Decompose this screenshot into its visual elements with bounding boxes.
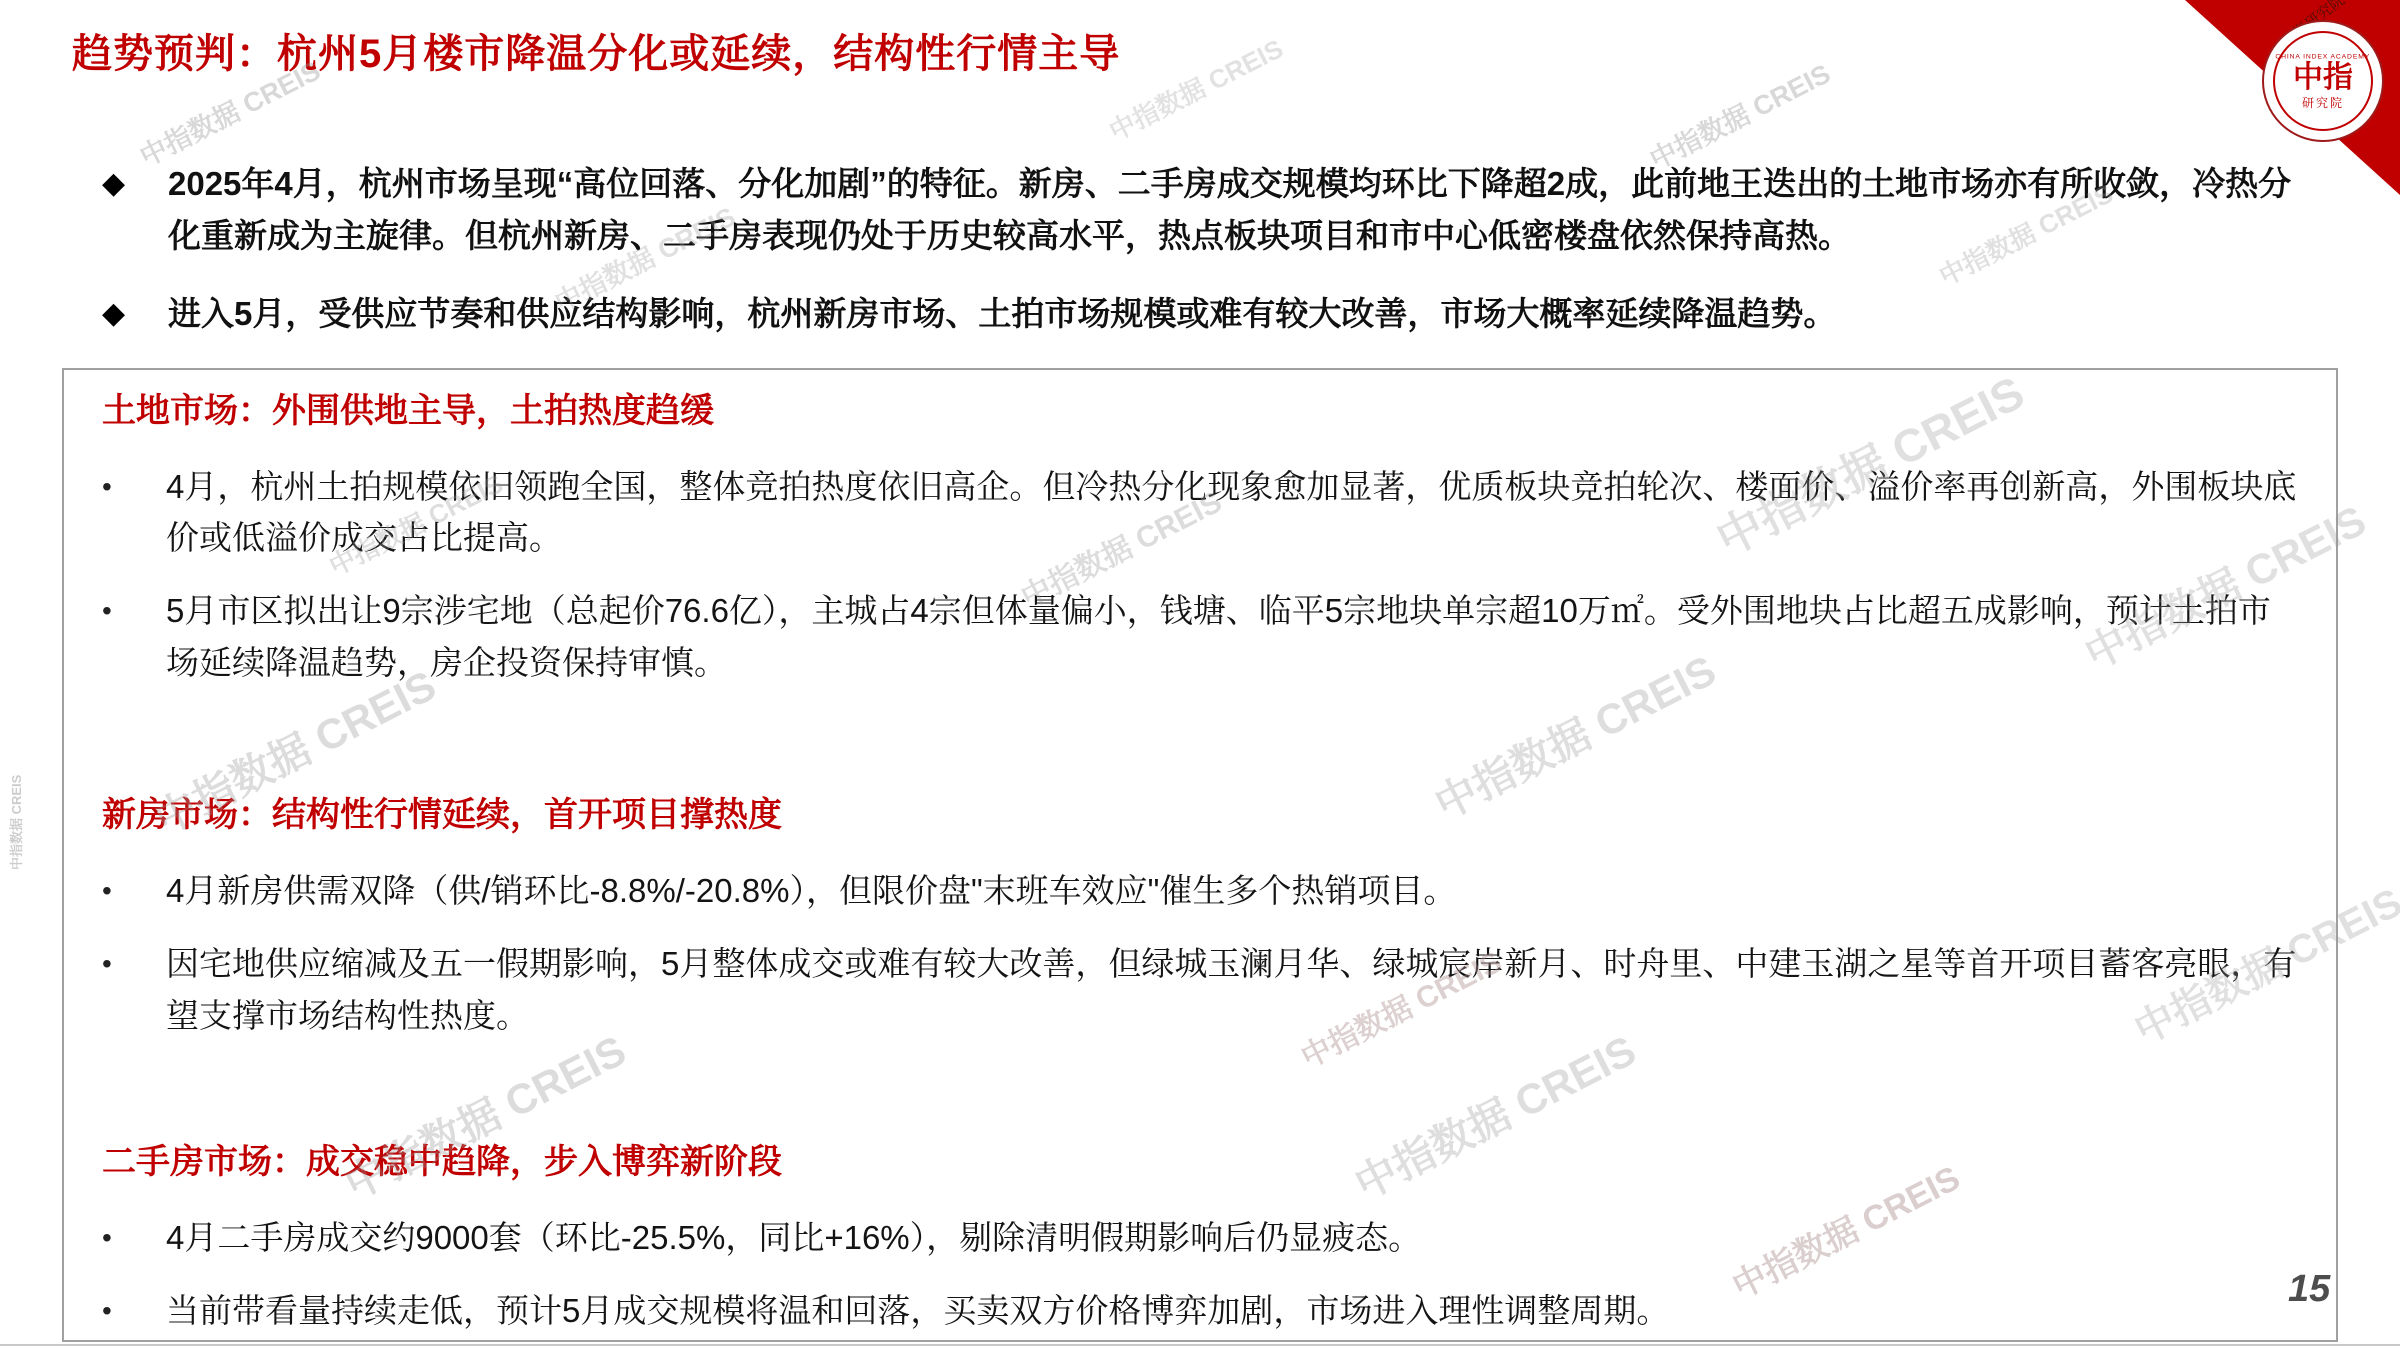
dot-bullet-icon: • <box>102 1212 166 1264</box>
list-item: • 5月市区拟出让9宗涉宅地（总起价76.6亿），主城占4宗但体量偏小，钱塘、临… <box>102 585 2298 688</box>
footer-divider <box>0 1344 2400 1346</box>
section-heading-secondhand-market: 二手房市场：成交稳中趋降，步入博弈新阶段 <box>102 1141 2298 1184</box>
list-item-text: 4月二手房成交约9000套（环比-25.5%，同比+16%），剔除清明假期影响后… <box>166 1212 2298 1264</box>
china-index-academy-logo: CHINA INDEX ACADEMY 中指 研究院 <box>2262 20 2384 142</box>
list-item: • 因宅地供应缩减及五一假期影响，5月整体成交或难有较大改善，但绿城玉澜月华、绿… <box>102 938 2298 1041</box>
list-item-text: 5月市区拟出让9宗涉宅地（总起价76.6亿），主城占4宗但体量偏小，钱塘、临平5… <box>166 585 2298 688</box>
diamond-bullet-icon: ◆ <box>72 158 168 262</box>
diamond-bullet-icon: ◆ <box>72 288 168 340</box>
dot-bullet-icon: • <box>102 938 166 1041</box>
dot-bullet-icon: • <box>102 865 166 917</box>
list-item-text: 当前带看量持续走低，预计5月成交规模将温和回落，买卖双方价格博弈加剧，市场进入理… <box>166 1285 2298 1337</box>
list-item: • 4月，杭州土拍规模依旧领跑全国，整体竞拍热度依旧高企。但冷热分化现象愈加显著… <box>102 461 2298 564</box>
list-item: • 当前带看量持续走低，预计5月成交规模将温和回落，买卖双方价格博弈加剧，市场进… <box>102 1285 2298 1337</box>
list-item-text: 4月新房供需双降（供/销环比-8.8%/-20.8%），但限价盘"末班车效应"催… <box>166 865 2298 917</box>
section-heading-new-home-market: 新房市场：结构性行情延续，首开项目撑热度 <box>102 794 2298 837</box>
logo-main-text: 中指 <box>2293 61 2353 94</box>
summary-bullet-text: 进入5月，受供应节奏和供应结构影响，杭州新房市场、土拍市场规模或难有较大改善，市… <box>168 288 2300 340</box>
content-box: 土地市场：外围供地主导，土拍热度趋缓 • 4月，杭州土拍规模依旧领跑全国，整体竞… <box>62 368 2338 1342</box>
summary-bullet: ◆ 进入5月，受供应节奏和供应结构影响，杭州新房市场、土拍市场规模或难有较大改善… <box>72 288 2300 340</box>
dot-bullet-icon: • <box>102 585 166 688</box>
logo-seal-icon: CHINA INDEX ACADEMY 中指 研究院 <box>2273 31 2373 131</box>
section-heading-land-market: 土地市场：外围供地主导，土拍热度趋缓 <box>102 390 2298 433</box>
list-item-text: 4月，杭州土拍规模依旧领跑全国，整体竞拍热度依旧高企。但冷热分化现象愈加显著，优… <box>166 461 2298 564</box>
summary-bullet-text: 2025年4月，杭州市场呈现“高位回落、分化加剧”的特征。新房、二手房成交规模均… <box>168 158 2300 262</box>
dot-bullet-icon: • <box>102 1285 166 1337</box>
slide-page: 中指数据 CREIS 中指数据 CREIS 中指数据 CREIS 中指数据 CR… <box>0 0 2400 1350</box>
page-number: 15 <box>2288 1268 2330 1311</box>
list-item: • 4月二手房成交约9000套（环比-25.5%，同比+16%），剔除清明假期影… <box>102 1212 2298 1264</box>
watermark-text: 中指数据 CREIS <box>1102 29 1289 149</box>
summary-bullet: ◆ 2025年4月，杭州市场呈现“高位回落、分化加剧”的特征。新房、二手房成交规… <box>72 158 2300 262</box>
list-item: • 4月新房供需双降（供/销环比-8.8%/-20.8%），但限价盘"末班车效应… <box>102 865 2298 917</box>
logo-ring-text: CHINA INDEX ACADEMY <box>2276 52 2371 60</box>
dot-bullet-icon: • <box>102 461 166 564</box>
watermark-text: 中指数据 CREIS <box>6 775 25 870</box>
list-item-text: 因宅地供应缩减及五一假期影响，5月整体成交或难有较大改善，但绿城玉澜月华、绿城宸… <box>166 938 2298 1041</box>
logo-sub-text: 研究院 <box>2302 94 2344 111</box>
page-title: 趋势预判：杭州5月楼市降温分化或延续，结构性行情主导 <box>72 30 1120 78</box>
summary-section: ◆ 2025年4月，杭州市场呈现“高位回落、分化加剧”的特征。新房、二手房成交规… <box>72 158 2300 340</box>
